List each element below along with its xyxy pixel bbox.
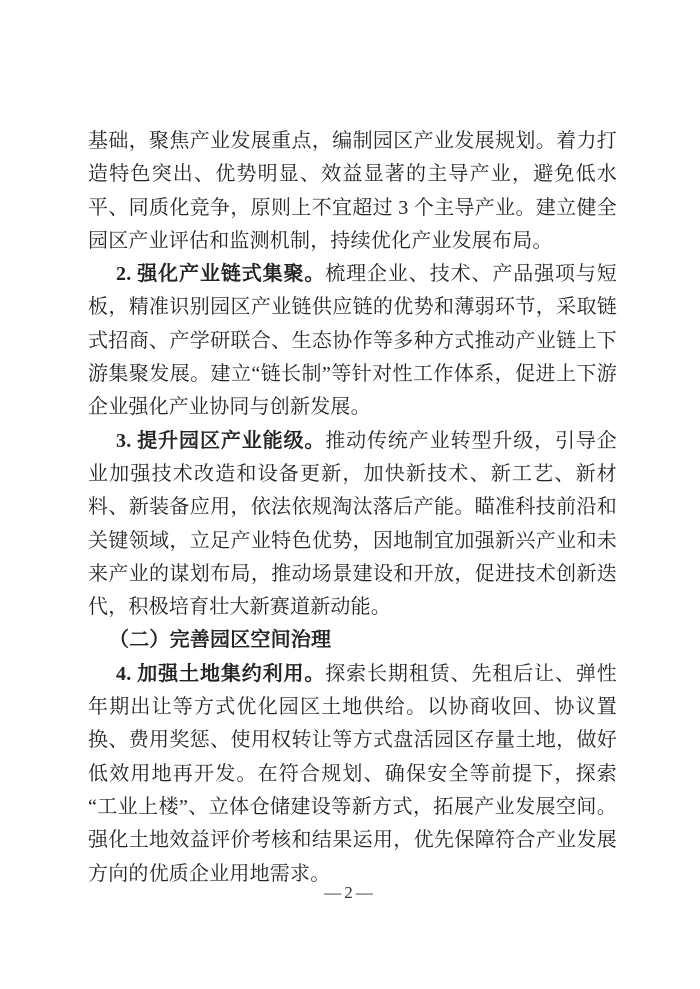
- document-body: 基础，聚焦产业发展重点，编制园区产业发展规划。着力打造特色突出、优势明显、效益显…: [88, 125, 617, 891]
- paragraph-item-4: 4. 加强土地集约利用。探索长期租赁、先租后让、弹性年期出让等方式优化园区土地供…: [88, 658, 617, 891]
- paragraph-text: 推动传统产业转型升级，引导企业加强技术改造和设备更新，加快新技术、新工艺、新材料…: [88, 430, 617, 618]
- paragraph-lead-bold: 2. 强化产业链式集聚。: [116, 263, 325, 285]
- document-page: 基础，聚焦产业发展重点，编制园区产业发展规划。着力打造特色突出、优势明显、效益显…: [0, 0, 700, 989]
- paragraph-lead-bold: 3. 提升园区产业能级。: [116, 430, 325, 452]
- paragraph-text: 基础，聚焦产业发展重点，编制园区产业发展规划。着力打造特色突出、优势明显、效益显…: [88, 130, 617, 252]
- paragraph-item-3: 3. 提升园区产业能级。推动传统产业转型升级，引导企业加强技术改造和设备更新，加…: [88, 425, 617, 625]
- section-heading-text: （二）完善园区空间治理: [109, 629, 331, 651]
- section-heading: （二）完善园区空间治理: [88, 624, 617, 657]
- paragraph-item-2: 2. 强化产业链式集聚。梳理企业、技术、产品强项与短板，精准识别园区产业链供应链…: [88, 258, 617, 424]
- page-number: —2—: [324, 883, 376, 902]
- paragraph-continuation: 基础，聚焦产业发展重点，编制园区产业发展规划。着力打造特色突出、优势明显、效益显…: [88, 125, 617, 258]
- paragraph-lead-bold: 4. 加强土地集约利用。: [116, 663, 325, 685]
- page-footer: —2—: [0, 883, 700, 903]
- paragraph-text: 梳理企业、技术、产品强项与短板，精准识别园区产业链供应链的优势和薄弱环节，采取链…: [88, 263, 617, 418]
- paragraph-text: 探索长期租赁、先租后让、弹性年期出让等方式优化园区土地供给。以协商收回、协议置换…: [88, 663, 617, 885]
